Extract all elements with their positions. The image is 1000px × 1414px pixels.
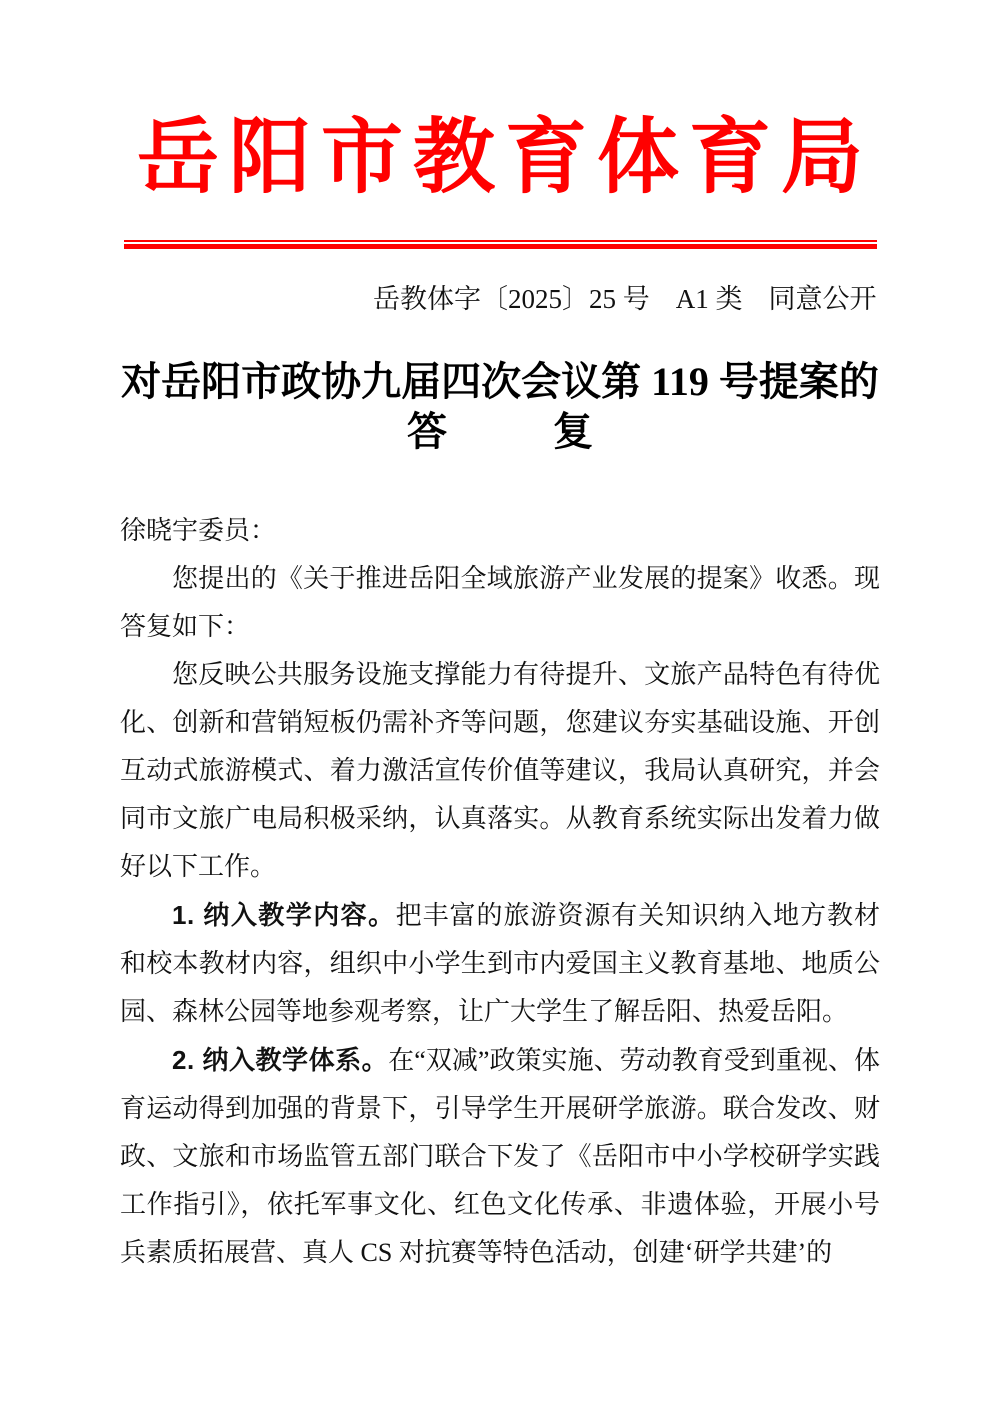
letterhead: 岳阳市教育体育局: [0, 0, 1000, 249]
divider-thick-line: [124, 244, 877, 249]
body-paragraph: 2. 纳入教学体系。在“双减”政策实施、劳动教育受到重视、体育运动得到加强的背景…: [120, 1036, 880, 1277]
document-title: 对岳阳市政协九届四次会议第 119 号提案的 答 复: [0, 357, 1000, 457]
doc-number: 岳教体字〔2025〕25 号: [373, 283, 650, 315]
document-page: 岳阳市教育体育局 岳教体字〔2025〕25 号 A1 类 同意公开 对岳阳市政协…: [0, 0, 1000, 1414]
doc-publicity: 同意公开: [769, 283, 877, 315]
body-paragraph: 您反映公共服务设施支撑能力有待提升、文旅产品特色有待优化、创新和营销短板仍需补齐…: [120, 651, 880, 891]
title-line-1: 对岳阳市政协九届四次会议第 119 号提案的: [0, 357, 1000, 407]
title-line-2: 答 复: [0, 407, 1000, 457]
paragraph-list: 您提出的《关于推进岳阳全域旅游产业发展的提案》收悉。现答复如下：您反映公共服务设…: [120, 555, 880, 1277]
title-char-fu: 复: [553, 407, 593, 457]
letterhead-divider: [124, 240, 877, 249]
doc-meta-line: 岳教体字〔2025〕25 号 A1 类 同意公开: [124, 283, 877, 315]
salutation: 徐晓宇委员：: [120, 507, 880, 555]
document-body: 徐晓宇委员： 您提出的《关于推进岳阳全域旅游产业发展的提案》收悉。现答复如下：您…: [120, 507, 880, 1277]
body-paragraph: 1. 纳入教学内容。把丰富的旅游资源有关知识纳入地方教材和校本教材内容，组织中小…: [120, 891, 880, 1036]
paragraph-lead: 1. 纳入教学内容。: [172, 900, 396, 930]
body-paragraph: 您提出的《关于推进岳阳全域旅游产业发展的提案》收悉。现答复如下：: [120, 555, 880, 651]
paragraph-lead: 2. 纳入教学体系。: [172, 1045, 388, 1075]
agency-name: 岳阳市教育体育局: [0, 112, 1000, 204]
divider-thin-line: [124, 240, 877, 242]
doc-category: A1 类: [676, 283, 743, 315]
title-char-da: 答: [407, 407, 447, 457]
